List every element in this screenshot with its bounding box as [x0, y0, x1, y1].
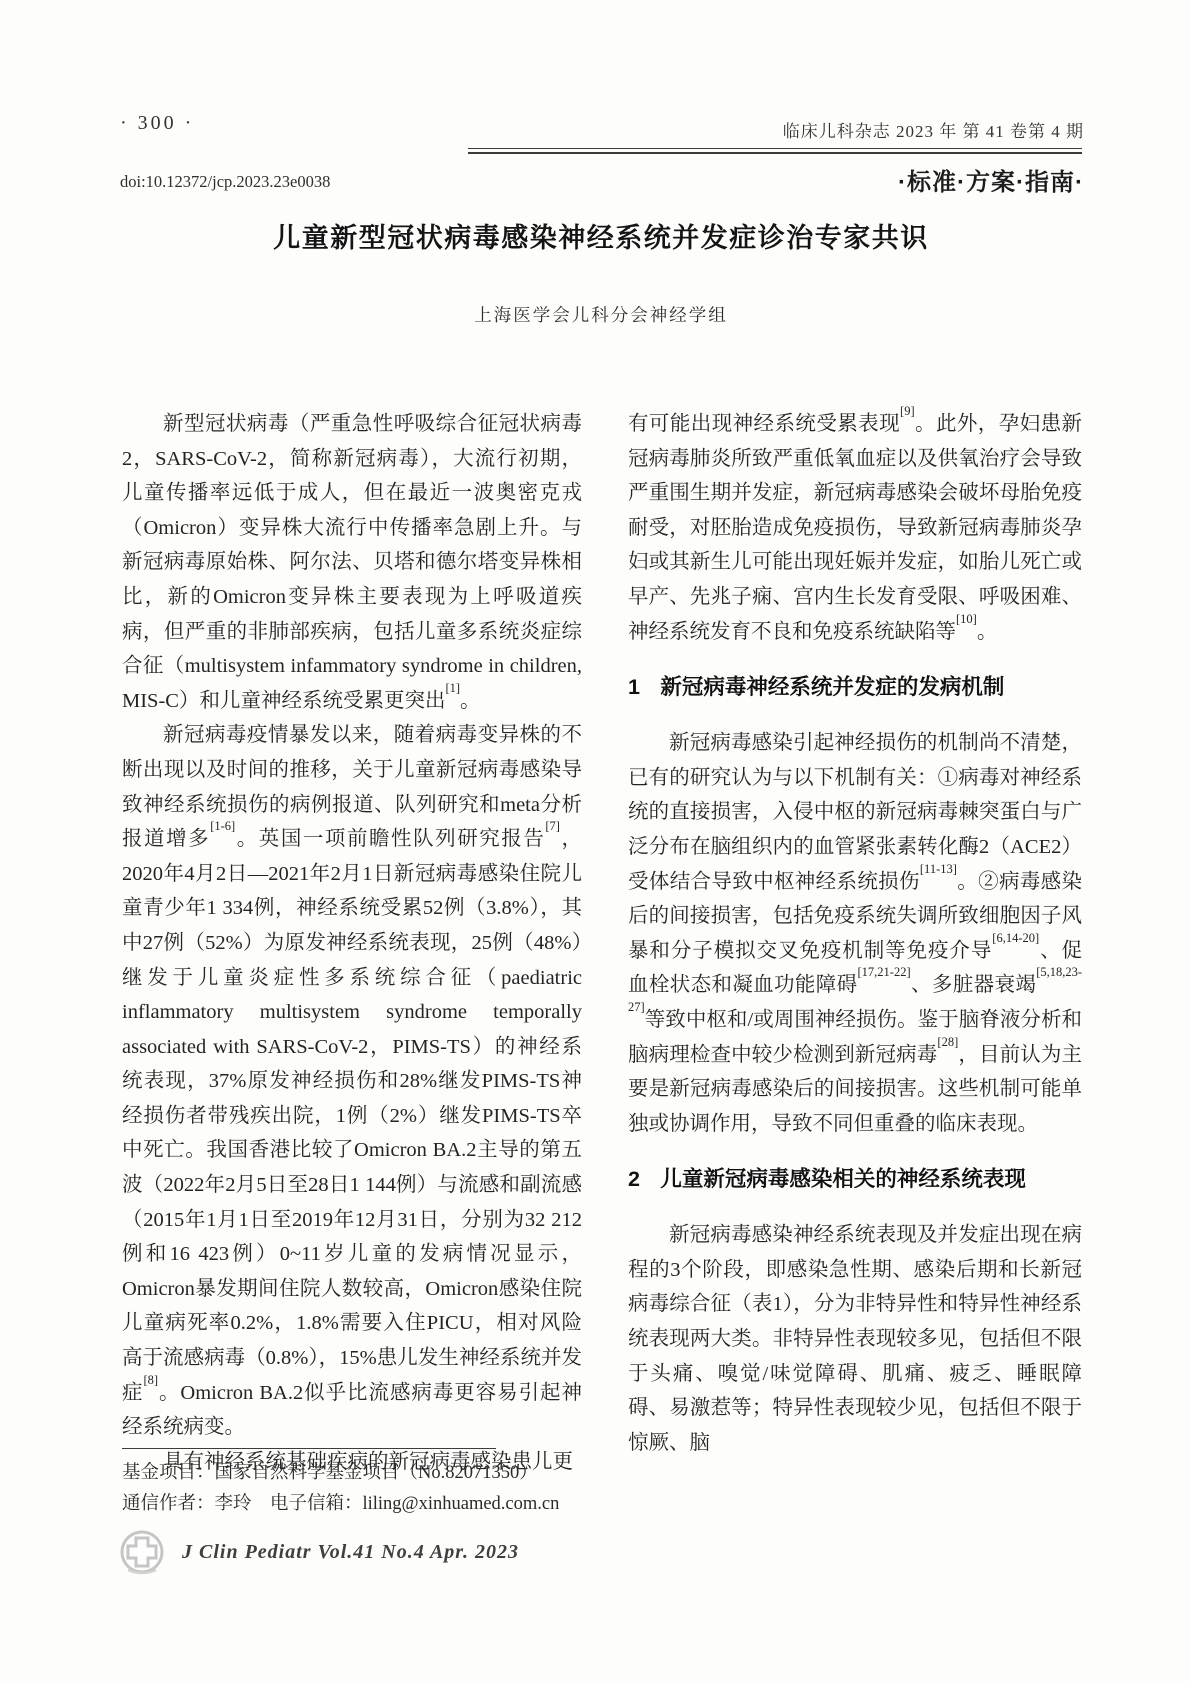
- page-number: · 300 ·: [120, 112, 194, 135]
- right-column: 有可能出现神经系统受累表现[9]。此外，孕妇患新冠病毒肺炎所致严重低氧血症以及供…: [628, 407, 1082, 1460]
- article-category: ·标准·方案·指南·: [898, 162, 1084, 197]
- header-rule: [468, 148, 1082, 154]
- section-heading-1: 1 新冠病毒神经系统并发症的发病机制: [628, 671, 1082, 703]
- footnote-rule: [122, 1448, 496, 1449]
- footnote-block: 基金项目：国家自然科学基金项目（No.82071350） 通信作者：李玲 电子信…: [122, 1448, 592, 1520]
- section-number: 2: [628, 1163, 640, 1195]
- paragraph: 有可能出现神经系统受累表现[9]。此外，孕妇患新冠病毒肺炎所致严重低氧血症以及供…: [628, 407, 1082, 649]
- section-number: 1: [628, 671, 640, 703]
- corresponding-author: 通信作者：李玲 电子信箱：liling@xinhuamed.com.cn: [122, 1489, 592, 1520]
- page-footer: J Clin Pediatr Vol.41 No.4 Apr. 2023: [118, 1528, 519, 1576]
- doi-text: doi:10.12372/jcp.2023.23e0038: [120, 172, 330, 192]
- section-heading-2: 2 儿童新冠病毒感染相关的神经系统表现: [628, 1163, 1082, 1195]
- journal-name: 临床儿科杂志 2023 年 第 41 卷第 4 期: [783, 117, 1084, 142]
- paragraph: 新冠病毒感染神经系统表现及并发症出现在病程的3个阶段，即感染急性期、感染后期和长…: [628, 1218, 1082, 1460]
- section-title: 儿童新冠病毒感染相关的神经系统表现: [660, 1163, 1026, 1195]
- paragraph: 新冠病毒疫情暴发以来，随着病毒变异株的不断出现以及时间的推移，关于儿童新冠病毒感…: [122, 718, 582, 1444]
- paragraph: 新冠病毒感染引起神经损伤的机制尚不清楚，已有的研究认为与以下机制有关：①病毒对神…: [628, 726, 1082, 1141]
- author-group: 上海医学会儿科分会神经学组: [120, 302, 1082, 327]
- left-column: 新型冠状病毒（严重急性呼吸综合征冠状病毒2，SARS-CoV-2，简称新冠病毒）…: [122, 407, 582, 1479]
- footer-journal-info: J Clin Pediatr Vol.41 No.4 Apr. 2023: [182, 1541, 519, 1564]
- section-title: 新冠病毒神经系统并发症的发病机制: [660, 671, 1004, 703]
- paragraph: 新型冠状病毒（严重急性呼吸综合征冠状病毒2，SARS-CoV-2，简称新冠病毒）…: [122, 407, 582, 718]
- article-title: 儿童新型冠状病毒感染神经系统并发症诊治专家共识: [120, 216, 1082, 255]
- journal-cross-logo-icon: [118, 1528, 166, 1576]
- fund-project: 基金项目：国家自然科学基金项目（No.82071350）: [122, 1458, 592, 1489]
- journal-page: · 300 · 临床儿科杂志 2023 年 第 41 卷第 4 期 doi:10…: [0, 0, 1190, 1682]
